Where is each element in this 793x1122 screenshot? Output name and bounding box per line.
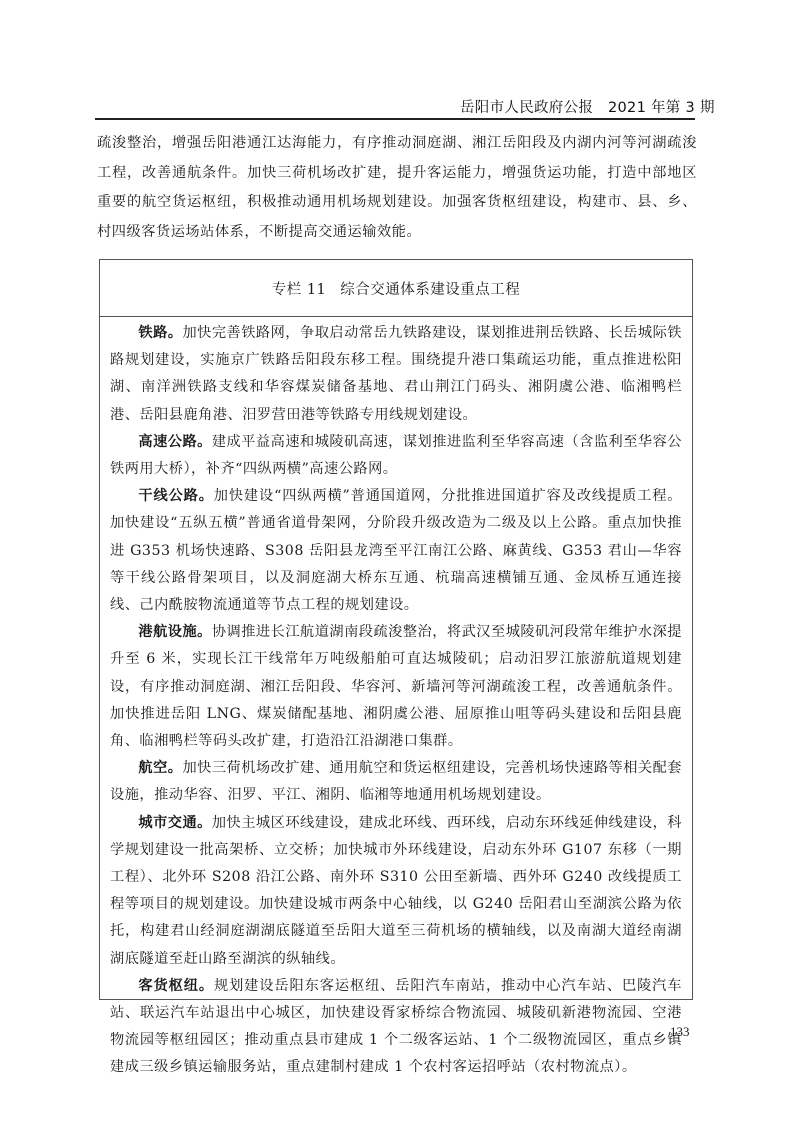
section-trunk-highway: 干线公路。加快建设“四纵两横”普通国道网，分批推进国道扩容及改线提质工程。加快建… (110, 483, 682, 619)
intro-paragraph-block: 疏浚整治，增强岳阳港通江达海能力，有序推动洞庭湖、湘江岳阳段及内湖内河等河湖疏浚… (97, 129, 697, 247)
publication-header-title: 岳阳市人民政府公报 2021 年第 3 期 (460, 96, 695, 117)
section-aviation: 航空。加快三荷机场改扩建、通用航空和货运枢纽建设，完善机场快速路等相关配套设施，… (110, 755, 682, 809)
section-railway: 铁路。加快完善铁路网，争取启动常岳九铁路建设，谋划推进荆岳铁路、长岳城际铁路规划… (110, 320, 682, 429)
page-number: 133 (670, 1024, 690, 1040)
section-text: 协调推进长江航道湖南段疏浚整治，将武汉至城陵矶河段常年维护水深提升至 6 米，实… (110, 624, 682, 749)
section-urban-transport: 城市交通。加快主城区环线建设，建成北环线、西环线，启动东环线延伸线建设，科学规划… (110, 810, 682, 973)
section-port-navigation: 港航设施。协调推进长江航道湖南段疏浚整治，将武汉至城陵矶河段常年维护水深提升至 … (110, 619, 682, 755)
feature-box: 专栏 11 综合交通体系建设重点工程 铁路。加快完善铁路网，争取启动常岳九铁路建… (99, 259, 693, 1000)
section-heading: 客货枢纽。 (138, 978, 214, 994)
section-text: 加快完善铁路网，争取启动常岳九铁路建设，谋划推进荆岳铁路、长岳城际铁路规划建设，… (110, 325, 682, 423)
section-expressway: 高速公路。建成平益高速和城陵矶高速，谋划推进监利至华容高速（含监利至华容公铁两用… (110, 429, 682, 483)
section-heading: 高速公路。 (138, 434, 211, 450)
feature-box-number: 专栏 11 (272, 278, 327, 299)
section-heading: 铁路。 (138, 325, 182, 341)
section-heading: 城市交通。 (138, 815, 211, 831)
section-heading: 航空。 (138, 760, 182, 776)
section-heading: 干线公路。 (138, 488, 213, 504)
intro-paragraph: 疏浚整治，增强岳阳港通江达海能力，有序推动洞庭湖、湘江岳阳段及内湖内河等河湖疏浚… (97, 129, 697, 247)
section-text: 加快建设“四纵两横”普通国道网，分批推进国道扩容及改线提质工程。加快建设“五纵五… (110, 488, 682, 613)
section-text: 加快主城区环线建设，建成北环线、西环线，启动东环线延伸线建设，科学规划建设一批高… (110, 815, 682, 967)
section-heading: 港航设施。 (138, 624, 211, 640)
header-divider (95, 118, 695, 120)
section-passenger-freight-hub: 客货枢纽。规划建设岳阳东客运枢纽、岳阳汽车南站，推动中心汽车站、巴陵汽车站、联运… (110, 973, 682, 1082)
feature-box-body: 铁路。加快完善铁路网，争取启动常岳九铁路建设，谋划推进荆岳铁路、长岳城际铁路规划… (100, 317, 692, 1082)
feature-box-header: 专栏 11 综合交通体系建设重点工程 (100, 260, 692, 317)
feature-box-title: 综合交通体系建设重点工程 (340, 278, 520, 299)
section-text: 加快三荷机场改扩建、通用航空和货运枢纽建设，完善机场快速路等相关配套设施，推动华… (110, 760, 682, 803)
